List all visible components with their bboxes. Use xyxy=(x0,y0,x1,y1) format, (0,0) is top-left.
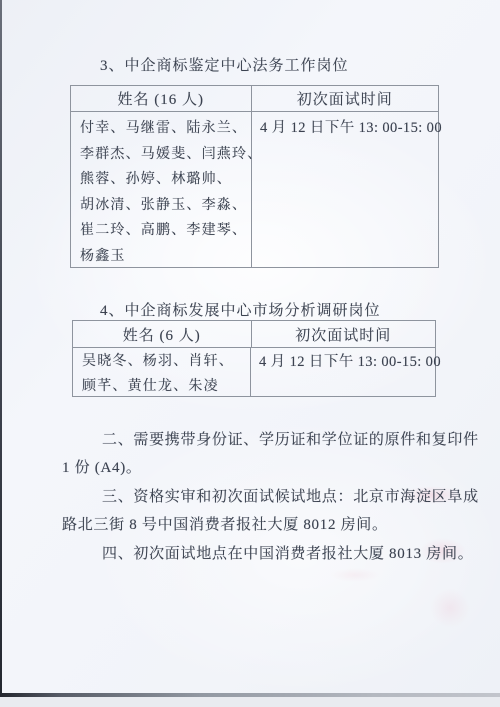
time-column-header: 初次面试时间 xyxy=(252,324,435,345)
name-line: 李群杰、马媛斐、闫燕玲、 xyxy=(80,142,245,168)
name-line: 顾芊、黄仕龙、朱凌 xyxy=(82,375,244,400)
interview-time-cell: 4 月 12 日下午 13: 00-15: 00 xyxy=(252,112,439,268)
section-4-table: 姓名 (6 人) 初次面试时间 吴晓冬、杨羽、肖轩、 顾芊、黄仕龙、朱凌 4 月… xyxy=(72,320,436,397)
time-column-header: 初次面试时间 xyxy=(252,88,438,109)
paper-left-edge-shadow xyxy=(0,0,2,696)
notes-paragraphs: 二、需要携带身份证、学历证和学位证的原件和复印件 1 份 (A4)。 三、资格实… xyxy=(62,426,446,568)
name-line: 付幸、马继雷、陆永兰、 xyxy=(80,116,245,142)
scanned-document-page: 3、中企商标鉴定中心法务工作岗位 姓名 (16 人) 初次面试时间 付幸、马继雷… xyxy=(0,0,500,707)
table-body-row: 吴晓冬、杨羽、肖轩、 顾芊、黄仕龙、朱凌 4 月 12 日下午 13: 00-1… xyxy=(73,348,435,397)
paper-bottom-edge-shadow xyxy=(0,693,500,697)
candidate-names-cell: 付幸、马继雷、陆永兰、 李群杰、马媛斐、闫燕玲、 熊蓉、孙婷、林璐帅、 胡冰清、… xyxy=(71,112,252,268)
name-line: 吴晓冬、杨羽、肖轩、 xyxy=(82,350,244,375)
section-3-table: 姓名 (16 人) 初次面试时间 付幸、马继雷、陆永兰、 李群杰、马媛斐、闫燕玲… xyxy=(70,85,439,268)
paragraph-2-line-2: 1 份 (A4)。 xyxy=(62,454,446,482)
name-line: 胡冰清、张静玉、李淼、 xyxy=(80,193,245,219)
paragraph-2-line-1: 二、需要携带身份证、学历证和学位证的原件和复印件 xyxy=(62,426,446,454)
table-header-row: 姓名 (16 人) 初次面试时间 xyxy=(71,86,438,112)
section-4-heading: 4、中企商标发展中心市场分析调研岗位 xyxy=(100,299,381,320)
paragraph-3-line-1: 三、资格实审和初次面试候试地点：北京市海淀区阜成 xyxy=(62,483,446,511)
paragraph-4-line-1: 四、初次面试地点在中国消费者报社大厦 8013 房间。 xyxy=(62,540,446,568)
table-header-row: 姓名 (6 人) 初次面试时间 xyxy=(73,321,435,348)
interview-time-cell: 4 月 12 日下午 13: 00-15: 00 xyxy=(251,348,435,397)
table-body-row: 付幸、马继雷、陆永兰、 李群杰、马媛斐、闫燕玲、 熊蓉、孙婷、林璐帅、 胡冰清、… xyxy=(71,112,438,268)
candidate-names-cell: 吴晓冬、杨羽、肖轩、 顾芊、黄仕龙、朱凌 xyxy=(73,348,251,397)
paragraph-3-line-2: 路北三街 8 号中国消费者报社大厦 8012 房间。 xyxy=(62,511,446,539)
name-line: 杨鑫玉 xyxy=(80,244,245,270)
name-column-header: 姓名 (16 人) xyxy=(71,86,252,111)
section-3-heading: 3、中企商标鉴定中心法务工作岗位 xyxy=(100,54,349,75)
name-line: 熊蓉、孙婷、林璐帅、 xyxy=(80,167,245,193)
name-line: 崔二玲、高鹏、李建琴、 xyxy=(80,218,245,244)
name-column-header: 姓名 (6 人) xyxy=(73,321,252,347)
